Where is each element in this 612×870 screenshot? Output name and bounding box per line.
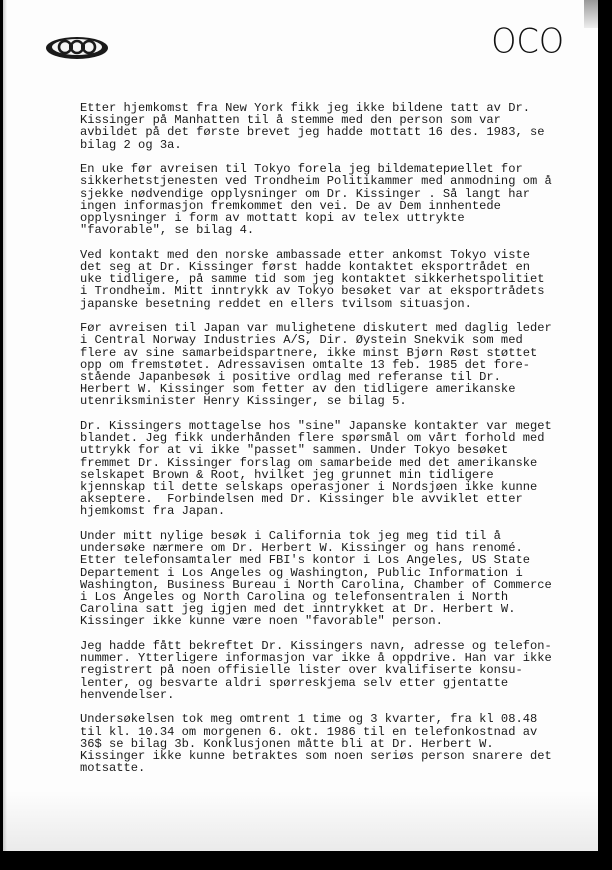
paragraph: Etter hjemkomst fra New York fikk jeg ik… [80,102,580,151]
document-page: OCO Etter hjemkomst fra New York fikk je… [3,0,598,851]
paragraph: Undersøkelsen tok meg omtrent 1 time og … [80,713,580,774]
letter-body: Etter hjemkomst fra New York fikk jeg ik… [80,102,580,787]
paragraph: En uke før avreisen til Tokyo forela jeg… [80,163,580,236]
paragraph: Før avreisen til Japan var mulighetene d… [80,322,580,407]
paragraph: Under mitt nylige besøk i California tok… [80,530,580,628]
scan-edge-shadow [584,0,598,28]
oco-oval-logo-icon [45,34,109,60]
paragraph: Ved kontakt med den norske ambassade ett… [80,249,580,310]
paragraph: Jeg hadde fått bekreftet Dr. Kissingers … [80,640,580,701]
paragraph: Dr. Kissingers mottagelse hos "sine" Jap… [80,420,580,518]
brand-wordmark: OCO [491,21,564,61]
